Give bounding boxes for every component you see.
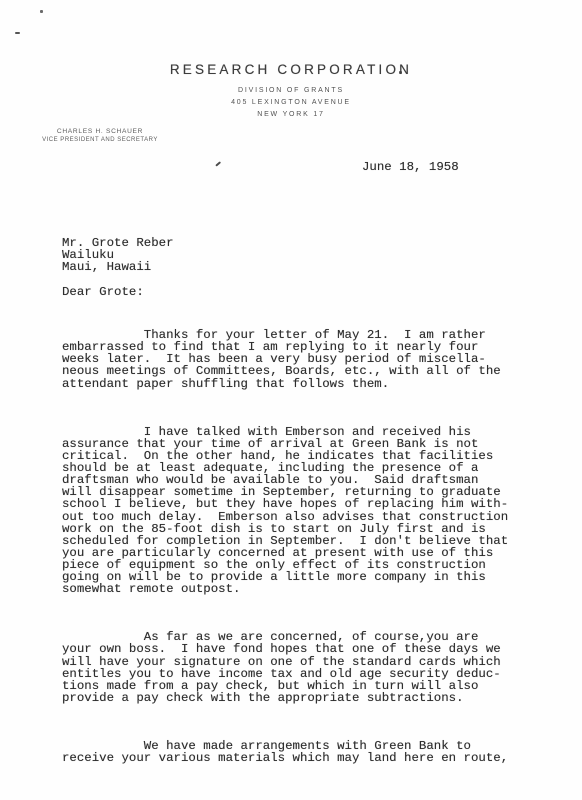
recipient-address-block: Mr. Grote ReberWailukuMaui, Hawaii bbox=[62, 237, 174, 273]
salutation: Dear Grote: bbox=[62, 286, 144, 298]
letterhead-company-name: RESEARCH CORPORATION bbox=[0, 62, 582, 77]
letter-paragraph: I have talked with Emberson and received… bbox=[62, 426, 508, 595]
letterhead-city: NEW YORK 17 bbox=[0, 111, 582, 118]
scan-pen-mark bbox=[215, 161, 221, 166]
scan-speck bbox=[40, 10, 43, 13]
recipient-island-state: Maui, Hawaii bbox=[62, 261, 174, 273]
letter-paragraph: We have made arrangements with Green Ban… bbox=[62, 740, 508, 764]
letterhead-officer-block: CHARLES H. SCHAUER VICE PRESIDENT AND SE… bbox=[10, 127, 190, 144]
officer-title: VICE PRESIDENT AND SECRETARY bbox=[10, 136, 190, 144]
officer-name: CHARLES H. SCHAUER bbox=[10, 127, 190, 136]
letter-body: Thanks for your letter of May 21. I am r… bbox=[62, 305, 508, 788]
letter-paragraph: Thanks for your letter of May 21. I am r… bbox=[62, 329, 508, 389]
letter-date: June 18, 1958 bbox=[362, 161, 459, 173]
letter-page: RESEARCH CORPORATION DIVISION OF GRANTS … bbox=[0, 0, 582, 800]
letterhead-division: DIVISION OF GRANTS bbox=[0, 87, 582, 94]
scan-speck bbox=[15, 32, 20, 34]
letterhead-street-address: 405 LEXINGTON AVENUE bbox=[0, 99, 582, 106]
letter-paragraph: As far as we are concerned, of course,yo… bbox=[62, 631, 508, 704]
